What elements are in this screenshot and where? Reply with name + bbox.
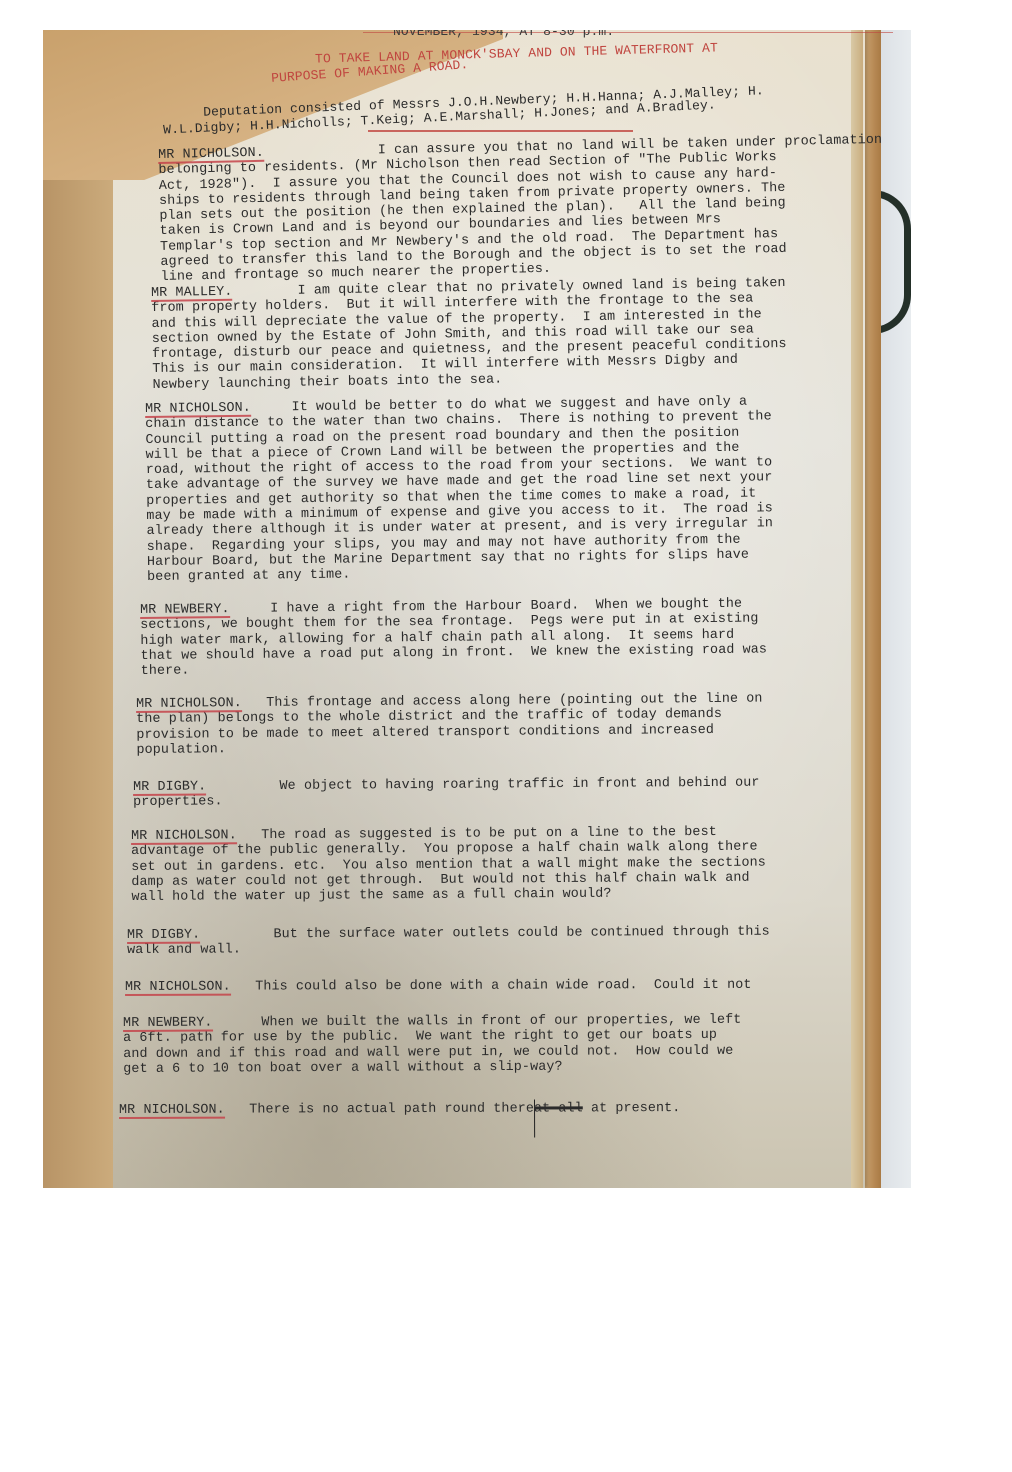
- struck-out-text: at all: [534, 1101, 583, 1116]
- transcript-line: been granted at any time.: [147, 568, 351, 585]
- transcript-paragraph: MR NEWBERY. When we built the walls in f…: [123, 1013, 742, 1077]
- transcript-paragraph: MR NICHOLSON. This frontage and access a…: [136, 692, 763, 759]
- transcript-paragraph: MR NICHOLSON. This could also be done wi…: [125, 978, 752, 995]
- transcript-line: there.: [141, 664, 190, 680]
- transcript-line: wall hold the water up just the same as …: [131, 887, 611, 905]
- transcript-paragraph: MR MALLEY. I am quite clear that no priv…: [151, 276, 787, 393]
- speaker-name: MR NICHOLSON.: [131, 828, 237, 844]
- transcript-paragraph: MR DIGBY. We object to having roaring tr…: [133, 776, 760, 811]
- transcript-line: damp as water could not get through. But…: [131, 871, 749, 890]
- speaker-name: MR NICHOLSON.: [145, 401, 251, 418]
- speaker-name: MR NICHOLSON.: [158, 146, 264, 164]
- transcript-line: properties.: [133, 795, 223, 811]
- transcript-paragraph: MR NEWBERY. I have a right from the Harb…: [140, 596, 767, 679]
- transcript-line: and down and if this road and wall were …: [123, 1043, 733, 1061]
- speaker-name: MR NICHOLSON.: [136, 696, 242, 712]
- document-photo: NOVEMBER, 1934, AT 8-30 p.m. TO TAKE LAN…: [43, 30, 911, 1188]
- transcript-line: We object to having roaring traffic in f…: [279, 776, 759, 794]
- transcript-line: There is no actual path round there: [249, 1102, 534, 1118]
- speaker-name: MR DIGBY.: [133, 779, 206, 795]
- speaker-name: MR NEWBERY.: [140, 602, 230, 618]
- transcript-line: at present.: [583, 1101, 681, 1116]
- transcript-line: population.: [136, 742, 226, 758]
- transcript-paragraph: MR DIGBY. But the surface water outlets …: [127, 925, 770, 959]
- transcript-paragraph: MR NICHOLSON. There is no actual path ro…: [119, 1099, 681, 1139]
- transcript-line: get a 6 to 10 ton boat over a wall witho…: [123, 1060, 562, 1077]
- header-divider: [368, 130, 633, 132]
- speaker-name: MR NICHOLSON.: [119, 1103, 225, 1119]
- speaker-name: MR DIGBY.: [127, 928, 200, 944]
- speaker-name: MR NICHOLSON.: [125, 980, 231, 996]
- speaker-name: MR MALLEY.: [151, 285, 233, 302]
- transcript-line: But the surface water outlets could be c…: [273, 925, 769, 943]
- envelope-edge: [43, 150, 113, 1188]
- transcript-line: This could also be done with a chain wid…: [255, 978, 751, 995]
- meeting-date: NOVEMBER, 1934, AT 8-30 p.m.: [393, 30, 614, 39]
- transcript-paragraph: MR NICHOLSON. The road as suggested is t…: [131, 825, 766, 906]
- transcript-paragraph: MR NICHOLSON. I can assure you that no l…: [158, 133, 885, 286]
- speaker-name: MR NEWBERY.: [123, 1016, 213, 1032]
- transcript-paragraph: MR NICHOLSON. It would be better to do w…: [145, 394, 774, 585]
- transcript-line: walk and wall.: [127, 943, 241, 959]
